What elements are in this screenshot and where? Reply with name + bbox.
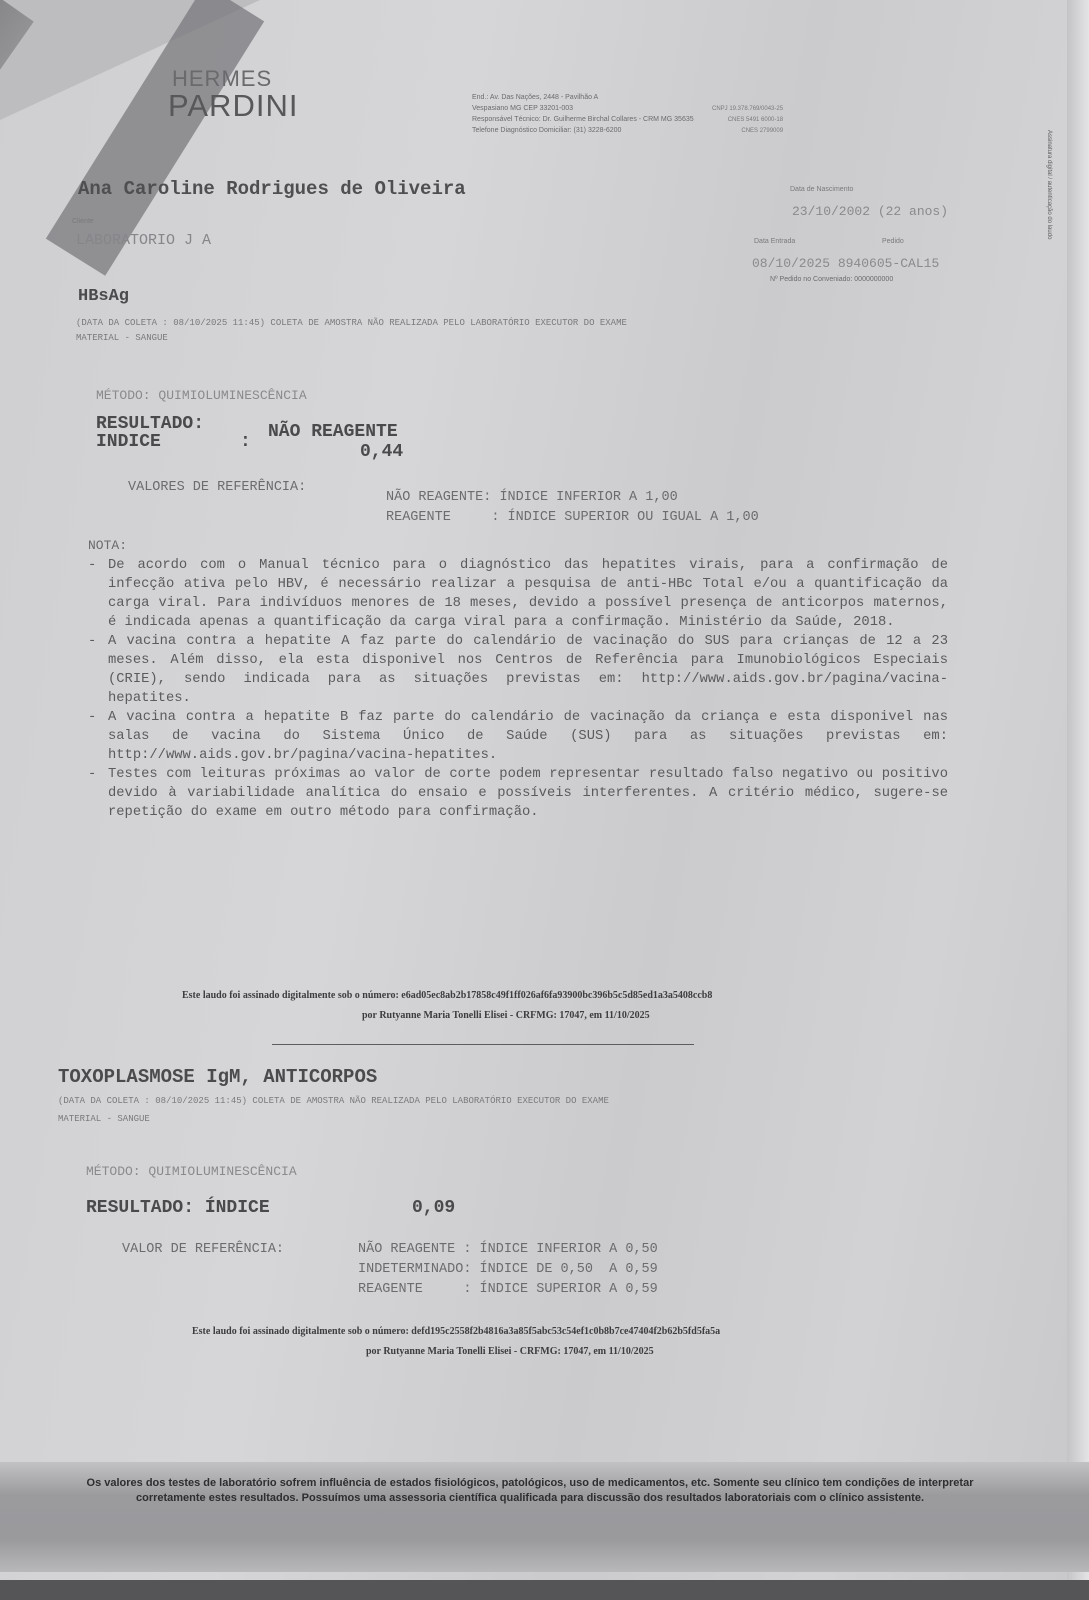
method: MÉTODO: QUIMIOLUMINESCÊNCIA: [86, 1164, 297, 1179]
client-label: Cliente: [72, 218, 94, 225]
entry-date-label: Data Entrada: [754, 238, 795, 245]
reference-name: INDETERMINADO:: [358, 1262, 471, 1277]
dob-value: 23/10/2002 (22 anos): [792, 204, 948, 219]
digital-signature-hash: Este laudo foi assinado digitalmente sob…: [192, 1326, 720, 1337]
entry-order: 08/10/2025 8940605-CAL15: [752, 256, 939, 271]
side-authentication-text: Assinatura digital / autenticação do lau…: [1046, 130, 1052, 239]
result-value: 0,09: [412, 1198, 455, 1218]
lab-registry: CNPJ 19.378.769/0043-25 CNES 5491 6000-1…: [712, 104, 783, 137]
address-line: Responsável Técnico: Dr. Guilherme Birch…: [472, 114, 694, 125]
digital-signature-signer: por Rutyanne Maria Tonelli Elisei - CRFM…: [366, 1346, 654, 1357]
reference-value: ÍNDICE SUPERIOR A 0,59: [480, 1282, 658, 1297]
result-label: RESULTADO:: [96, 414, 204, 434]
material-info: MATERIAL - SANGUE: [76, 333, 168, 343]
note-text: A vacina contra a hepatite B faz parte d…: [108, 708, 948, 765]
lab-address: End.: Av. Das Nações, 2448 - Pavilhão A …: [472, 92, 694, 136]
collection-info: (DATA DA COLETA : 08/10/2025 11:45) COLE…: [58, 1096, 609, 1106]
reference-value: ÍNDICE INFERIOR A 1,00: [499, 490, 677, 505]
reference-value: ÍNDICE SUPERIOR OU IGUAL A 1,00: [508, 510, 759, 525]
material-info: MATERIAL - SANGUE: [58, 1114, 150, 1124]
page-edge: [1067, 0, 1089, 1600]
reference-label: VALORES DE REFERÊNCIA:: [128, 480, 306, 495]
reference-row: NÃO REAGENTE: ÍNDICE INFERIOR A 1,00: [386, 490, 678, 505]
reference-row: REAGENTE : ÍNDICE SUPERIOR A 0,59: [358, 1282, 658, 1297]
note-text: Testes com leituras próximas ao valor de…: [108, 765, 948, 822]
note-item: -Testes com leituras próximas ao valor d…: [88, 765, 948, 822]
registry-line: CNES 5491 6000-18: [712, 115, 783, 126]
reference-name: REAGENTE :: [358, 1282, 471, 1297]
note-text: A vacina contra a hepatite A faz parte d…: [108, 632, 948, 708]
logo-pardini: PARDINI: [168, 88, 298, 124]
collection-info: (DATA DA COLETA : 08/10/2025 11:45) COLE…: [76, 318, 627, 328]
index-separator: :: [240, 432, 251, 452]
reference-name: NÃO REAGENTE :: [358, 1242, 471, 1257]
result-label: RESULTADO: ÍNDICE: [86, 1198, 270, 1218]
order-number: 8940605-CAL15: [838, 256, 939, 271]
bottom-edge: [0, 1580, 1089, 1600]
method: MÉTODO: QUIMIOLUMINESCÊNCIA: [96, 388, 307, 403]
reference-row: REAGENTE : ÍNDICE SUPERIOR OU IGUAL A 1,…: [386, 510, 759, 525]
index-value: 0,44: [360, 442, 403, 462]
footer-disclaimer: Os valores dos testes de laboratório sof…: [80, 1476, 980, 1506]
index-label: INDICE: [96, 432, 161, 452]
registry-line: CNPJ 19.378.769/0043-25: [712, 104, 783, 115]
note-item: -A vacina contra a hepatite A faz parte …: [88, 632, 948, 708]
exam-title-toxoplasmose: TOXOPLASMOSE IgM, ANTICORPOS: [58, 1066, 377, 1088]
reference-value: ÍNDICE DE 0,50 A 0,59: [480, 1262, 658, 1277]
order-label: Pedido: [882, 238, 904, 245]
digital-signature-signer: por Rutyanne Maria Tonelli Elisei - CRFM…: [362, 1010, 650, 1021]
section-divider: [272, 1044, 694, 1045]
digital-signature-hash: Este laudo foi assinado digitalmente sob…: [182, 990, 712, 1001]
dob-label: Data de Nascimento: [790, 186, 853, 193]
agreement-order: Nº Pedido no Conveniado: 0000000000: [770, 276, 893, 283]
reference-label: VALOR DE REFERÊNCIA:: [122, 1242, 284, 1257]
registry-line: CNES 2799009: [712, 126, 783, 137]
address-line: Telefone Diagnóstico Domiciliar: (31) 32…: [472, 125, 694, 136]
reference-value: ÍNDICE INFERIOR A 0,50: [480, 1242, 658, 1257]
entry-date: 08/10/2025: [752, 256, 830, 271]
address-line: End.: Av. Das Nações, 2448 - Pavilhão A: [472, 92, 694, 103]
note-label: NOTA:: [88, 538, 127, 553]
exam-title-hbsag: HBsAg: [78, 287, 129, 306]
reference-name: REAGENTE :: [386, 510, 499, 525]
client-name: LABORATORIO J A: [76, 232, 211, 249]
address-line: Vespasiano MG CEP 33201-003: [472, 103, 694, 114]
reference-row: INDETERMINADO: ÍNDICE DE 0,50 A 0,59: [358, 1262, 658, 1277]
reference-name: NÃO REAGENTE:: [386, 490, 491, 505]
notes-list: -De acordo com o Manual técnico para o d…: [88, 556, 948, 822]
reference-row: NÃO REAGENTE : ÍNDICE INFERIOR A 0,50: [358, 1242, 658, 1257]
result-value: NÃO REAGENTE: [268, 422, 398, 442]
note-text: De acordo com o Manual técnico para o di…: [108, 556, 948, 632]
patient-name: Ana Caroline Rodrigues de Oliveira: [78, 178, 466, 200]
note-item: -De acordo com o Manual técnico para o d…: [88, 556, 948, 632]
note-item: -A vacina contra a hepatite B faz parte …: [88, 708, 948, 765]
